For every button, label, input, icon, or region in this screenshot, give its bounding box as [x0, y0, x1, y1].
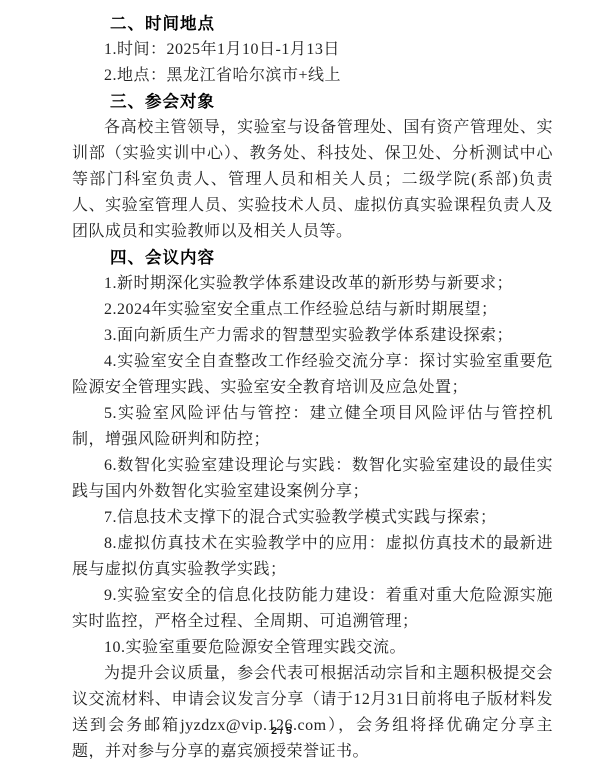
list-item: 6.数智化实验室建设理论与实践：数智化实验室建设的最佳实践与国内外数智化实验室建…: [72, 453, 553, 505]
list-item: 2.2024年实验室安全重点工作经验总结与新时期展望；: [72, 297, 553, 323]
paragraph: 各高校主管领导，实验室与设备管理处、国有资产管理处、实训部（实验实训中心）、教务…: [72, 115, 553, 245]
list-item: 1.时间：2025年1月10日-1月13日: [72, 37, 553, 63]
list-item: 5.实验室风险评估与管控：建立健全项目风险评估与管控机制，增强风险研判和防控；: [72, 401, 553, 453]
list-item: 8.虚拟仿真技术在实验教学中的应用：虚拟仿真技术的最新进展与虚拟仿真实验教学实践…: [72, 531, 553, 583]
list-item: 1.新时期深化实验教学体系建设改革的新形势与新要求；: [72, 271, 553, 297]
page-number: 2 / 5: [0, 725, 563, 737]
list-item: 9.实验室安全的信息化技防能力建设：着重对重大危险源实施实时监控，严格全过程、全…: [72, 583, 553, 635]
section-heading: 四、会议内容: [72, 245, 553, 271]
section-heading: 三、参会对象: [72, 89, 553, 115]
list-item: 10.实验室重要危险源安全管理实践交流。: [72, 635, 553, 661]
list-item: 2.地点：黑龙江省哈尔滨市+线上: [72, 63, 553, 89]
list-item: 7.信息技术支撑下的混合式实验教学模式实践与探索；: [72, 505, 553, 531]
list-item: 4.实验室安全自查整改工作经验交流分享：探讨实验室重要危险源安全管理实践、实验室…: [72, 349, 553, 401]
list-item: 3.面向新质生产力需求的智慧型实验教学体系建设探索；: [72, 323, 553, 349]
paragraph: 为提升会议质量，参会代表可根据活动宗旨和主题积极提交会议交流材料、申请会议发言分…: [72, 661, 553, 759]
section-heading: 二、时间地点: [72, 11, 553, 37]
document-page: 二、时间地点1.时间：2025年1月10日-1月13日2.地点：黑龙江省哈尔滨市…: [0, 0, 593, 759]
document-body: 二、时间地点1.时间：2025年1月10日-1月13日2.地点：黑龙江省哈尔滨市…: [72, 11, 553, 759]
